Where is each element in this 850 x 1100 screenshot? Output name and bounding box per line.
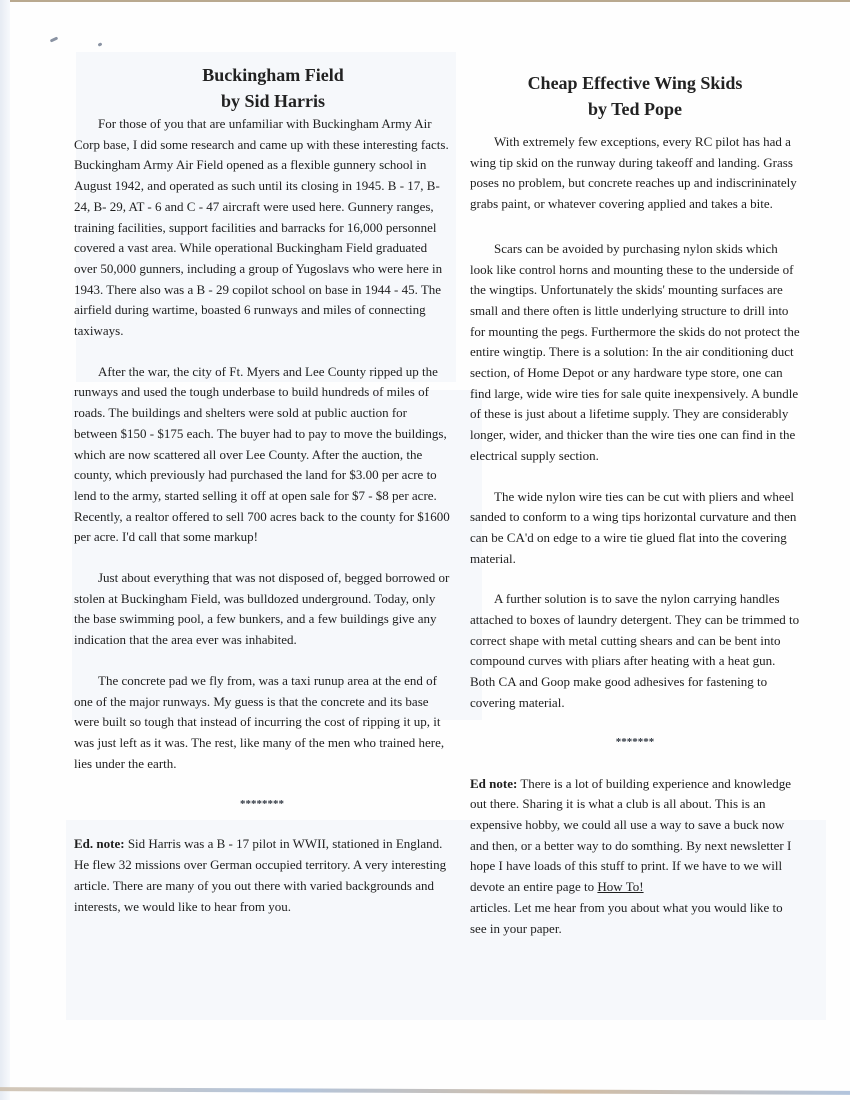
section-separator: ******* <box>470 736 800 748</box>
scanned-page: Buckingham Field by Sid Harris For those… <box>0 0 850 1100</box>
scan-smudge <box>50 36 59 42</box>
editor-note-label: Ed note: <box>470 776 517 791</box>
page-bottom-edge <box>0 1087 850 1095</box>
section-separator: ******** <box>74 798 450 810</box>
editor-note-text: Sid Harris was a B - 17 pilot in WWII, s… <box>74 836 446 913</box>
editor-note: Ed note: There is a lot of building expe… <box>470 774 800 940</box>
scan-smudge <box>98 42 103 46</box>
article-paragraph: Just about everything that was not dispo… <box>74 568 450 651</box>
editor-note-label: Ed. note: <box>74 836 125 851</box>
editor-note-tail: articles. Let me hear from you about wha… <box>470 900 783 936</box>
article-title: Buckingham Field <box>74 62 450 88</box>
article-buckingham-field: Buckingham Field by Sid Harris For those… <box>74 62 450 917</box>
article-paragraph: The wide nylon wire ties can be cut with… <box>470 487 800 570</box>
article-byline: by Ted Pope <box>470 96 800 122</box>
article-title: Cheap Effective Wing Skids <box>470 70 800 96</box>
article-wing-skids: Cheap Effective Wing Skids by Ted Pope W… <box>470 70 800 939</box>
how-to-underlined-text: How To! <box>597 879 643 894</box>
article-paragraph: With extremely few exceptions, every RC … <box>470 132 800 215</box>
article-paragraph: After the war, the city of Ft. Myers and… <box>74 362 450 548</box>
article-paragraph: For those of you that are unfamiliar wit… <box>74 114 450 342</box>
article-paragraph: Scars can be avoided by purchasing nylon… <box>470 239 800 467</box>
article-paragraph: A further solution is to save the nylon … <box>470 589 800 713</box>
page-top-edge <box>0 0 850 2</box>
article-byline: by Sid Harris <box>74 88 450 114</box>
page-left-edge <box>0 0 10 1100</box>
article-paragraph: The concrete pad we fly from, was a taxi… <box>74 671 450 775</box>
editor-note: Ed. note: Sid Harris was a B - 17 pilot … <box>74 834 450 917</box>
editor-note-text: There is a lot of building experience an… <box>470 776 791 895</box>
